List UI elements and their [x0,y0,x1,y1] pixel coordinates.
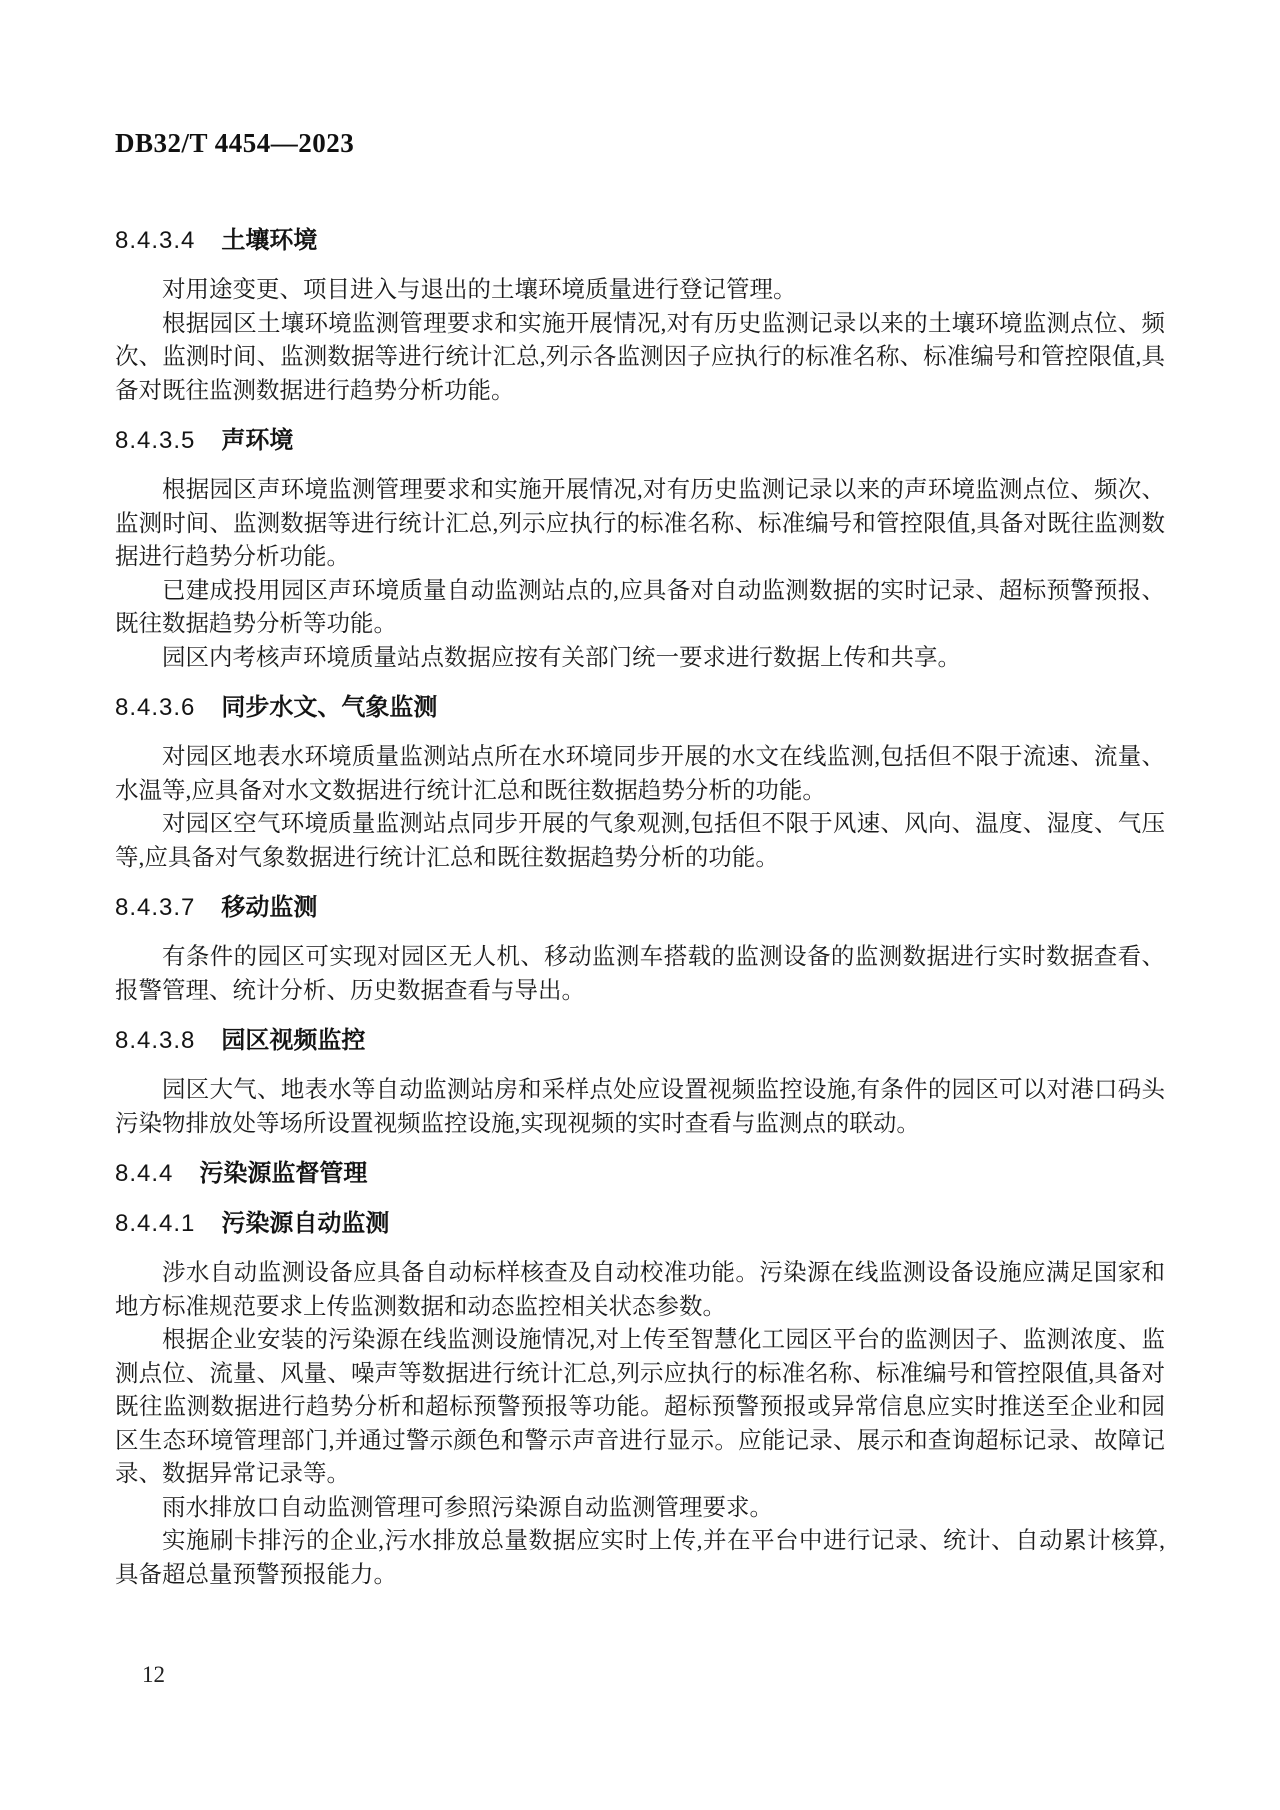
document-header: DB32/T 4454—2023 [115,126,1165,160]
section-heading-8436: 8.4.3.6同步水文、气象监测 [115,691,1165,725]
section-heading-8434: 8.4.3.4土壤环境 [115,224,1165,258]
section-number: 8.4.3.6 [115,694,195,721]
page-number: 12 [142,1660,165,1690]
document-content: 8.4.3.4土壤环境 对用途变更、项目进入与退出的土壤环境质量进行登记管理。 … [115,224,1165,1592]
section-title: 污染源自动监测 [221,1210,389,1237]
section-title: 声环境 [221,427,293,454]
paragraph: 对园区地表水环境质量监测站点所在水环境同步开展的水文在线监测,包括但不限于流速、… [115,741,1165,808]
section-number: 8.4.4 [115,1160,173,1187]
paragraph: 根据园区土壤环境监测管理要求和实施开展情况,对有历史监测记录以来的土壤环境监测点… [115,308,1165,409]
section-heading-844: 8.4.4污染源监督管理 [115,1157,1165,1191]
section-title: 同步水文、气象监测 [221,694,437,721]
section-heading-8438: 8.4.3.8园区视频监控 [115,1024,1165,1058]
section-heading-8441: 8.4.4.1污染源自动监测 [115,1207,1165,1241]
section-number: 8.4.3.8 [115,1027,195,1054]
paragraph: 园区大气、地表水等自动监测站房和采样点处应设置视频监控设施,有条件的园区可以对港… [115,1074,1165,1141]
section-heading-8437: 8.4.3.7移动监测 [115,891,1165,925]
section-number: 8.4.3.4 [115,227,195,254]
section-title: 土壤环境 [221,227,317,254]
paragraph: 对用途变更、项目进入与退出的土壤环境质量进行登记管理。 [115,274,1165,308]
paragraph: 已建成投用园区声环境质量自动监测站点的,应具备对自动监测数据的实时记录、超标预警… [115,575,1165,642]
document-page: DB32/T 4454—2023 8.4.3.4土壤环境 对用途变更、项目进入与… [0,0,1280,1810]
paragraph: 根据企业安装的污染源在线监测设施情况,对上传至智慧化工园区平台的监测因子、监测浓… [115,1324,1165,1492]
section-title: 污染源监督管理 [199,1160,367,1187]
paragraph: 涉水自动监测设备应具备自动标样核查及自动校准功能。污染源在线监测设备设施应满足国… [115,1257,1165,1324]
section-title: 移动监测 [221,894,317,921]
paragraph: 实施刷卡排污的企业,污水排放总量数据应实时上传,并在平台中进行记录、统计、自动累… [115,1525,1165,1592]
paragraph: 根据园区声环境监测管理要求和实施开展情况,对有历史监测记录以来的声环境监测点位、… [115,474,1165,575]
paragraph: 雨水排放口自动监测管理可参照污染源自动监测管理要求。 [115,1492,1165,1526]
section-number: 8.4.3.7 [115,894,195,921]
section-number: 8.4.4.1 [115,1210,195,1237]
paragraph: 园区内考核声环境质量站点数据应按有关部门统一要求进行数据上传和共享。 [115,642,1165,676]
paragraph: 对园区空气环境质量监测站点同步开展的气象观测,包括但不限于风速、风向、温度、湿度… [115,808,1165,875]
section-title: 园区视频监控 [221,1027,365,1054]
section-number: 8.4.3.5 [115,427,195,454]
paragraph: 有条件的园区可实现对园区无人机、移动监测车搭载的监测设备的监测数据进行实时数据查… [115,941,1165,1008]
section-heading-8435: 8.4.3.5声环境 [115,424,1165,458]
